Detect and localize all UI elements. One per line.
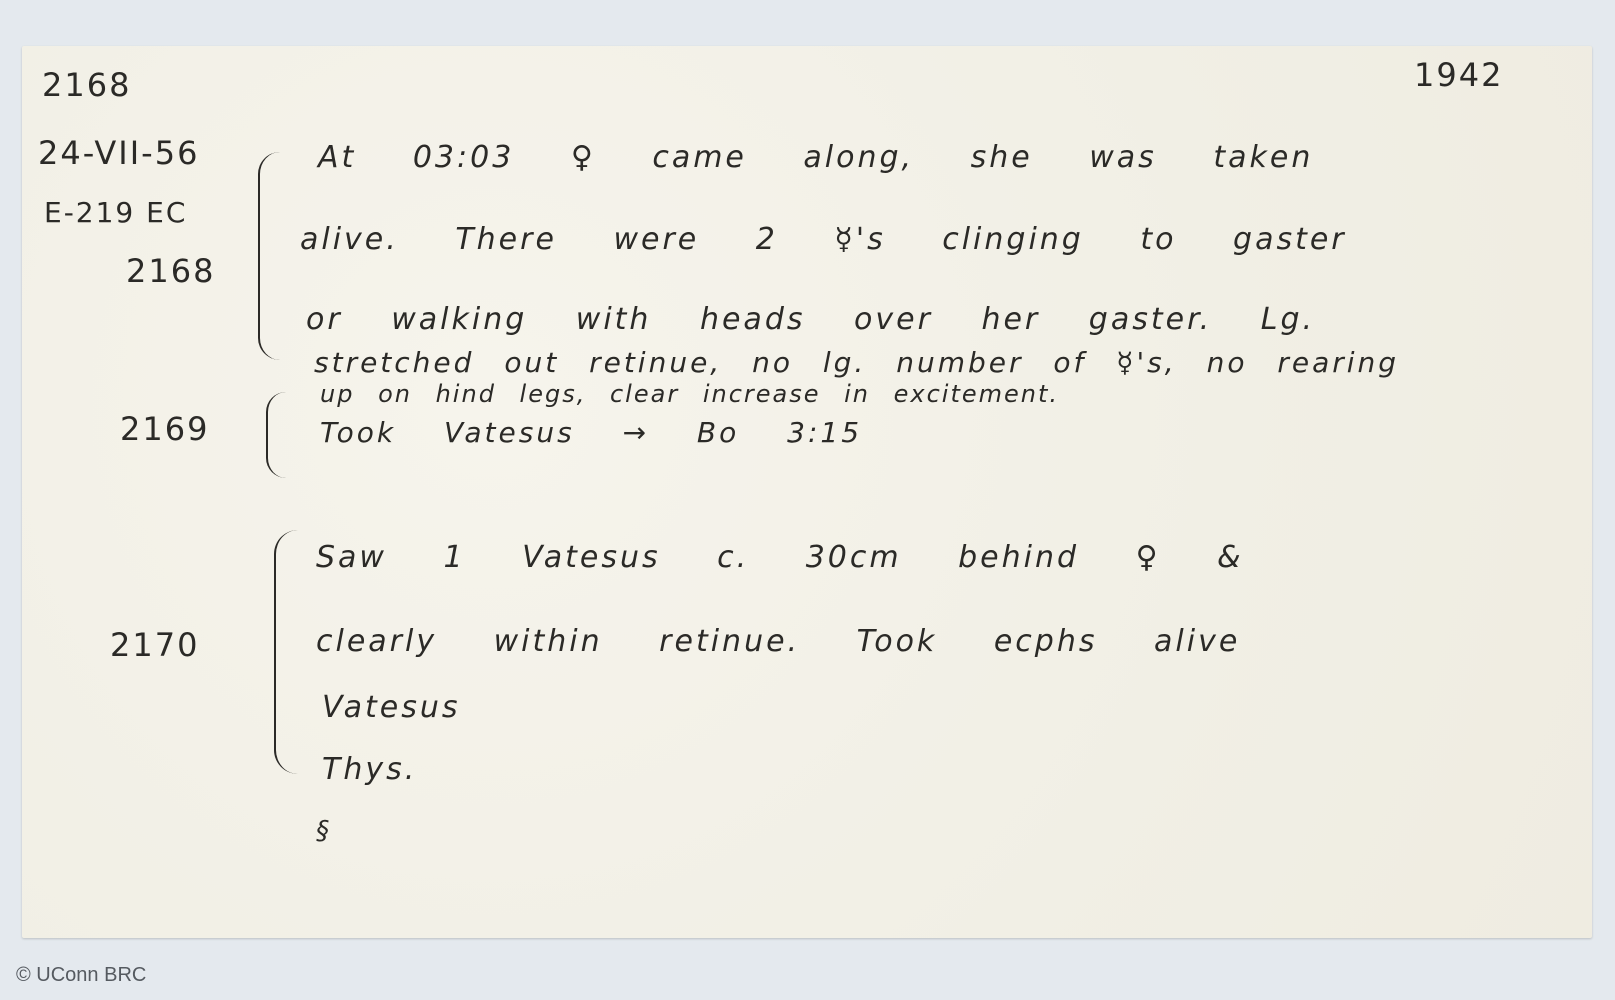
year-label: 1942	[1414, 56, 1503, 94]
entry-id-2170: 2170	[110, 626, 199, 664]
code-label: E-219 EC	[44, 196, 187, 229]
entry-2169-line-2: Took Vatesus → Bo 3:15	[320, 416, 862, 449]
entry-2168-line-2: alive. There were 2 ☿'s clinging to gast…	[300, 222, 1347, 257]
entry-2169-line-1: up on hind legs, clear increase in excit…	[320, 380, 1059, 408]
copyright-credit: © UConn BRC	[16, 964, 146, 987]
entry-brace-2169	[266, 392, 286, 478]
entry-2170-line-2: clearly within retinue. Took ecphs alive	[316, 624, 1240, 659]
entry-brace-2170	[274, 530, 298, 774]
date-label: 24-VII-56	[38, 134, 199, 172]
card-number: 2168	[42, 66, 131, 104]
entry-2168-line-4: stretched out retinue, no lg. number of …	[314, 346, 1399, 379]
entry-2170-line-1: Saw 1 Vatesus c. 30cm behind ♀ &	[316, 540, 1243, 575]
entry-id-2169: 2169	[120, 410, 209, 448]
entry-2168-line-3: or walking with heads over her gaster. L…	[306, 302, 1315, 337]
entry-brace-2168	[258, 152, 280, 360]
entry-2170-line-3: Vatesus	[322, 690, 460, 725]
entry-id-2168: 2168	[126, 252, 215, 290]
entry-2168-line-1: At 03:03 ♀ came along, she was taken	[318, 140, 1313, 175]
index-card: 2168 1942 24-VII-56 E-219 EC 2168 At 03:…	[22, 46, 1592, 938]
entry-2170-line-4: Thys.	[322, 752, 417, 787]
ink-mark: §	[316, 816, 332, 846]
